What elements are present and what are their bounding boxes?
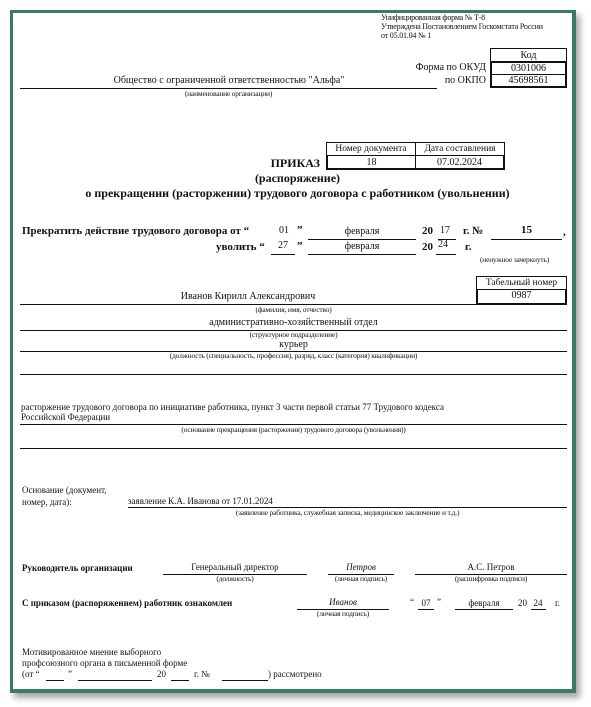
grounds-text: расторжение трудового договора по инициа…: [21, 402, 444, 422]
union-number-label: г. №: [194, 669, 210, 679]
basis-caption: (заявление работника, служебная записка,…: [128, 508, 567, 517]
tab-number-header: Табельный номер: [476, 276, 567, 290]
ack-year-suffix: 24: [531, 598, 545, 608]
comma: ,: [563, 226, 566, 238]
union-line2: профсоюзного органа в письменной форме: [22, 658, 187, 669]
position-caption: (должность (специальность, профессия), р…: [20, 351, 567, 360]
position-extra-line: [20, 374, 567, 375]
basis-label-line2: номер, дата):: [22, 496, 107, 508]
head-name-caption: (расшифровка подписи): [415, 574, 567, 583]
close-quote-2: ”: [297, 240, 303, 252]
dismiss-label-text: уволить: [216, 241, 256, 253]
head-label: Руководитель организации: [22, 563, 133, 573]
approved-by: Утверждена Постановлением Госкомстата Ро…: [381, 22, 543, 31]
dismiss-day-line: [271, 254, 295, 255]
grounds-caption: (основание прекращения (расторжения) тру…: [20, 425, 567, 434]
employee-signature-caption: (личная подпись): [297, 609, 389, 618]
basis-label: Основание (документ, номер, дата):: [22, 484, 107, 508]
ack-day: 07: [418, 598, 434, 608]
ack-month-line: [455, 609, 513, 610]
number-label: г. №: [463, 225, 483, 237]
form-header: Унифицированная форма № Т-8 Утверждена П…: [381, 13, 543, 40]
dismiss-month: февраля: [308, 241, 416, 252]
contract-year-prefix: 20: [422, 225, 433, 237]
contract-label: Прекратить действие трудового договора о…: [22, 225, 249, 237]
doc-date-cell: 07.02.2024: [415, 155, 505, 170]
union-day-line: [46, 680, 64, 681]
contract-month-line: [308, 239, 416, 240]
organization-name: Общество с ограниченной ответственностью…: [20, 75, 438, 86]
head-signature: Петров: [328, 562, 394, 572]
dismiss-label: уволить “: [216, 241, 265, 253]
approved-date: от 05.01.04 № 1: [381, 31, 543, 40]
tab-number-cell: 0987: [476, 289, 567, 305]
grounds-text-line2: Российской Федерации: [21, 412, 444, 422]
contract-month: февраля: [308, 226, 416, 237]
doc-number-cell: 18: [326, 155, 416, 170]
grounds-extra-line: [20, 448, 567, 449]
contract-number-line: [491, 239, 562, 240]
doc-number-header: Номер документа: [326, 142, 416, 156]
doc-date-header: Дата составления: [415, 142, 505, 156]
ack-year-prefix: 20: [518, 598, 527, 608]
contract-number: 15: [491, 224, 562, 236]
ack-open-quote: “: [410, 597, 414, 607]
head-signature-caption: (личная подпись): [328, 574, 394, 583]
employee-signature: Иванов: [297, 597, 389, 607]
union-number-line: [222, 680, 268, 681]
dismiss-day: 27: [271, 240, 295, 251]
union-year-line: [171, 680, 189, 681]
ack-label: С приказом (распоряжением) работник озна…: [22, 598, 232, 608]
union-close-quote: ”: [68, 669, 72, 679]
ack-day-line: [418, 609, 434, 610]
union-line1: Мотивированное мнение выборного: [22, 647, 187, 658]
dismiss-month-line: [308, 254, 416, 255]
dismiss-year-suffix: 24: [438, 239, 448, 250]
contract-day: 01: [272, 225, 296, 236]
organization-caption: (наименование организации): [20, 89, 437, 98]
strike-note: (ненужное зачеркнуть): [480, 255, 549, 264]
union-month-line: [78, 680, 152, 681]
document-title: ПРИКАЗ: [230, 156, 320, 171]
union-considered-label: ) рассмотрено: [268, 669, 322, 679]
form-title: Унифицированная форма № Т-8: [381, 13, 543, 22]
okud-label: Форма по ОКУД: [380, 62, 486, 73]
contract-label-text: Прекратить действие трудового договора о…: [22, 225, 241, 237]
ack-year-label: г.: [555, 598, 560, 608]
okpo-code-cell: 45698561: [490, 74, 567, 88]
ack-year-line: [531, 609, 546, 610]
position: курьер: [20, 339, 567, 350]
union-from-label: (от “: [22, 669, 40, 679]
ack-close-quote: ”: [437, 597, 441, 607]
full-name-caption: (фамилия, имя, отчество): [20, 305, 567, 314]
document-heading: о прекращении (расторжении) трудового до…: [20, 186, 575, 201]
grounds-text-line1: расторжение трудового договора по инициа…: [21, 402, 444, 412]
head-position: Генеральный директор: [163, 562, 307, 572]
okud-code-cell: 0301006: [490, 61, 567, 75]
close-quote: ”: [297, 224, 303, 236]
head-name: А.С. Петров: [415, 562, 567, 572]
open-quote: “: [244, 225, 250, 237]
contract-year-suffix: 17: [440, 225, 450, 236]
employee-full-name: Иванов Кирилл Александрович: [20, 291, 476, 302]
ack-month: февраля: [455, 598, 513, 608]
head-position-caption: (должность): [163, 574, 307, 583]
document-subtitle: (распоряжение): [20, 171, 575, 186]
department-caption: (структурное подразделение): [20, 330, 567, 339]
dismiss-year-line: [436, 254, 456, 255]
open-quote: “: [259, 241, 265, 253]
union-text: Мотивированное мнение выборного профсоюз…: [22, 647, 187, 669]
basis-value: заявление К.А. Иванова от 17.01.2024: [128, 496, 273, 506]
year-label: г.: [465, 241, 472, 253]
code-header-cell: Код: [490, 48, 567, 62]
basis-label-line1: Основание (документ,: [22, 484, 107, 496]
dismiss-year-prefix: 20: [422, 241, 433, 253]
union-year-prefix: 20: [157, 669, 166, 679]
department: административно-хозяйственный отдел: [20, 317, 567, 328]
